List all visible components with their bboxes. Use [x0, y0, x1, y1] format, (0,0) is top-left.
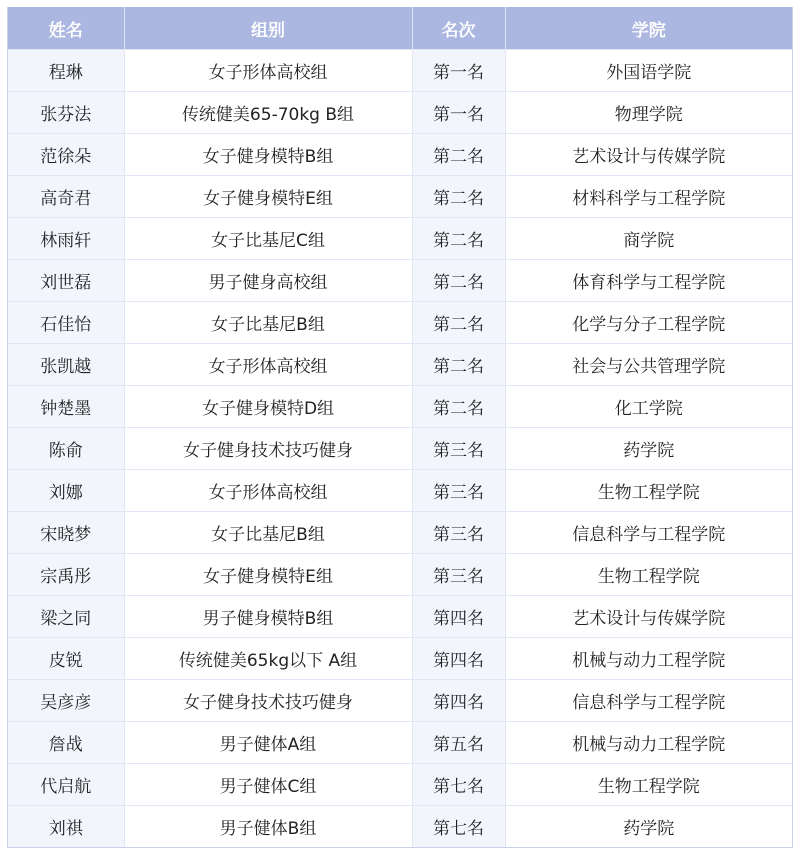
cell-college: 药学院: [505, 806, 792, 848]
cell-name: 詹战: [8, 722, 124, 764]
cell-group: 女子形体高校组: [124, 50, 412, 92]
cell-college: 社会与公共管理学院: [505, 344, 792, 386]
cell-group: 女子比基尼C组: [124, 218, 412, 260]
cell-college: 化工学院: [505, 386, 792, 428]
table-row: 陈俞女子健身技术技巧健身第三名药学院: [8, 428, 792, 470]
table-row: 梁之同男子健身模特B组第四名艺术设计与传媒学院: [8, 596, 792, 638]
header-group: 组别: [124, 7, 412, 50]
header-name: 姓名: [8, 7, 124, 50]
cell-name: 宗禹彤: [8, 554, 124, 596]
table-row: 宗禹彤女子健身模特E组第三名生物工程学院: [8, 554, 792, 596]
cell-college: 材料科学与工程学院: [505, 176, 792, 218]
cell-college: 药学院: [505, 428, 792, 470]
cell-name: 林雨轩: [8, 218, 124, 260]
cell-rank: 第五名: [412, 722, 505, 764]
header-college: 学院: [505, 7, 792, 50]
cell-college: 化学与分子工程学院: [505, 302, 792, 344]
cell-group: 男子健体C组: [124, 764, 412, 806]
cell-rank: 第四名: [412, 638, 505, 680]
cell-college: 艺术设计与传媒学院: [505, 134, 792, 176]
cell-group: 男子健身高校组: [124, 260, 412, 302]
table-row: 宋晓梦女子比基尼B组第三名信息科学与工程学院: [8, 512, 792, 554]
cell-group: 男子健体B组: [124, 806, 412, 848]
cell-rank: 第二名: [412, 218, 505, 260]
cell-name: 范徐朵: [8, 134, 124, 176]
cell-rank: 第二名: [412, 176, 505, 218]
cell-rank: 第二名: [412, 344, 505, 386]
cell-college: 体育科学与工程学院: [505, 260, 792, 302]
cell-college: 生物工程学院: [505, 470, 792, 512]
cell-name: 刘娜: [8, 470, 124, 512]
cell-group: 男子健身模特B组: [124, 596, 412, 638]
cell-rank: 第四名: [412, 680, 505, 722]
table-row: 代启航男子健体C组第七名生物工程学院: [8, 764, 792, 806]
cell-group: 传统健美65kg以下 A组: [124, 638, 412, 680]
cell-rank: 第二名: [412, 260, 505, 302]
cell-rank: 第二名: [412, 386, 505, 428]
cell-name: 刘世磊: [8, 260, 124, 302]
cell-rank: 第七名: [412, 806, 505, 848]
cell-college: 信息科学与工程学院: [505, 680, 792, 722]
cell-rank: 第一名: [412, 92, 505, 134]
cell-college: 物理学院: [505, 92, 792, 134]
table-row: 张凯越女子形体高校组第二名社会与公共管理学院: [8, 344, 792, 386]
cell-group: 男子健体A组: [124, 722, 412, 764]
cell-group: 传统健美65-70kg B组: [124, 92, 412, 134]
cell-name: 高奇君: [8, 176, 124, 218]
cell-rank: 第一名: [412, 50, 505, 92]
table-row: 石佳怡女子比基尼B组第二名化学与分子工程学院: [8, 302, 792, 344]
cell-college: 外国语学院: [505, 50, 792, 92]
results-table-container: 姓名 组别 名次 学院 程琳女子形体高校组第一名外国语学院张芬法传统健美65-7…: [7, 7, 793, 848]
table-row: 钟楚墨女子健身模特D组第二名化工学院: [8, 386, 792, 428]
table-row: 高奇君女子健身模特E组第二名材料科学与工程学院: [8, 176, 792, 218]
cell-rank: 第三名: [412, 554, 505, 596]
cell-group: 女子健身模特E组: [124, 176, 412, 218]
cell-name: 刘祺: [8, 806, 124, 848]
cell-name: 程琳: [8, 50, 124, 92]
cell-name: 张凯越: [8, 344, 124, 386]
cell-rank: 第三名: [412, 470, 505, 512]
cell-group: 女子比基尼B组: [124, 512, 412, 554]
cell-college: 机械与动力工程学院: [505, 722, 792, 764]
cell-rank: 第三名: [412, 428, 505, 470]
cell-college: 商学院: [505, 218, 792, 260]
cell-rank: 第二名: [412, 302, 505, 344]
cell-name: 石佳怡: [8, 302, 124, 344]
cell-college: 生物工程学院: [505, 764, 792, 806]
cell-group: 女子形体高校组: [124, 344, 412, 386]
table-row: 张芬法传统健美65-70kg B组第一名物理学院: [8, 92, 792, 134]
cell-group: 女子健身技术技巧健身: [124, 680, 412, 722]
cell-group: 女子健身模特E组: [124, 554, 412, 596]
cell-group: 女子健身模特D组: [124, 386, 412, 428]
cell-group: 女子形体高校组: [124, 470, 412, 512]
results-table: 姓名 组别 名次 学院 程琳女子形体高校组第一名外国语学院张芬法传统健美65-7…: [8, 7, 792, 847]
table-row: 刘娜女子形体高校组第三名生物工程学院: [8, 470, 792, 512]
header-row: 姓名 组别 名次 学院: [8, 7, 792, 50]
table-row: 刘祺男子健体B组第七名药学院: [8, 806, 792, 848]
cell-rank: 第三名: [412, 512, 505, 554]
table-row: 詹战男子健体A组第五名机械与动力工程学院: [8, 722, 792, 764]
table-row: 范徐朵女子健身模特B组第二名艺术设计与传媒学院: [8, 134, 792, 176]
header-rank: 名次: [412, 7, 505, 50]
cell-group: 女子比基尼B组: [124, 302, 412, 344]
cell-college: 生物工程学院: [505, 554, 792, 596]
table-body: 程琳女子形体高校组第一名外国语学院张芬法传统健美65-70kg B组第一名物理学…: [8, 50, 792, 848]
cell-rank: 第七名: [412, 764, 505, 806]
cell-college: 机械与动力工程学院: [505, 638, 792, 680]
cell-name: 宋晓梦: [8, 512, 124, 554]
table-row: 程琳女子形体高校组第一名外国语学院: [8, 50, 792, 92]
cell-college: 艺术设计与传媒学院: [505, 596, 792, 638]
cell-name: 代启航: [8, 764, 124, 806]
cell-name: 陈俞: [8, 428, 124, 470]
cell-name: 张芬法: [8, 92, 124, 134]
cell-name: 梁之同: [8, 596, 124, 638]
cell-name: 吴彦彦: [8, 680, 124, 722]
table-row: 刘世磊男子健身高校组第二名体育科学与工程学院: [8, 260, 792, 302]
table-row: 林雨轩女子比基尼C组第二名商学院: [8, 218, 792, 260]
cell-rank: 第二名: [412, 134, 505, 176]
table-row: 吴彦彦女子健身技术技巧健身第四名信息科学与工程学院: [8, 680, 792, 722]
cell-college: 信息科学与工程学院: [505, 512, 792, 554]
cell-name: 钟楚墨: [8, 386, 124, 428]
table-row: 皮锐传统健美65kg以下 A组第四名机械与动力工程学院: [8, 638, 792, 680]
cell-rank: 第四名: [412, 596, 505, 638]
cell-group: 女子健身技术技巧健身: [124, 428, 412, 470]
cell-name: 皮锐: [8, 638, 124, 680]
cell-group: 女子健身模特B组: [124, 134, 412, 176]
